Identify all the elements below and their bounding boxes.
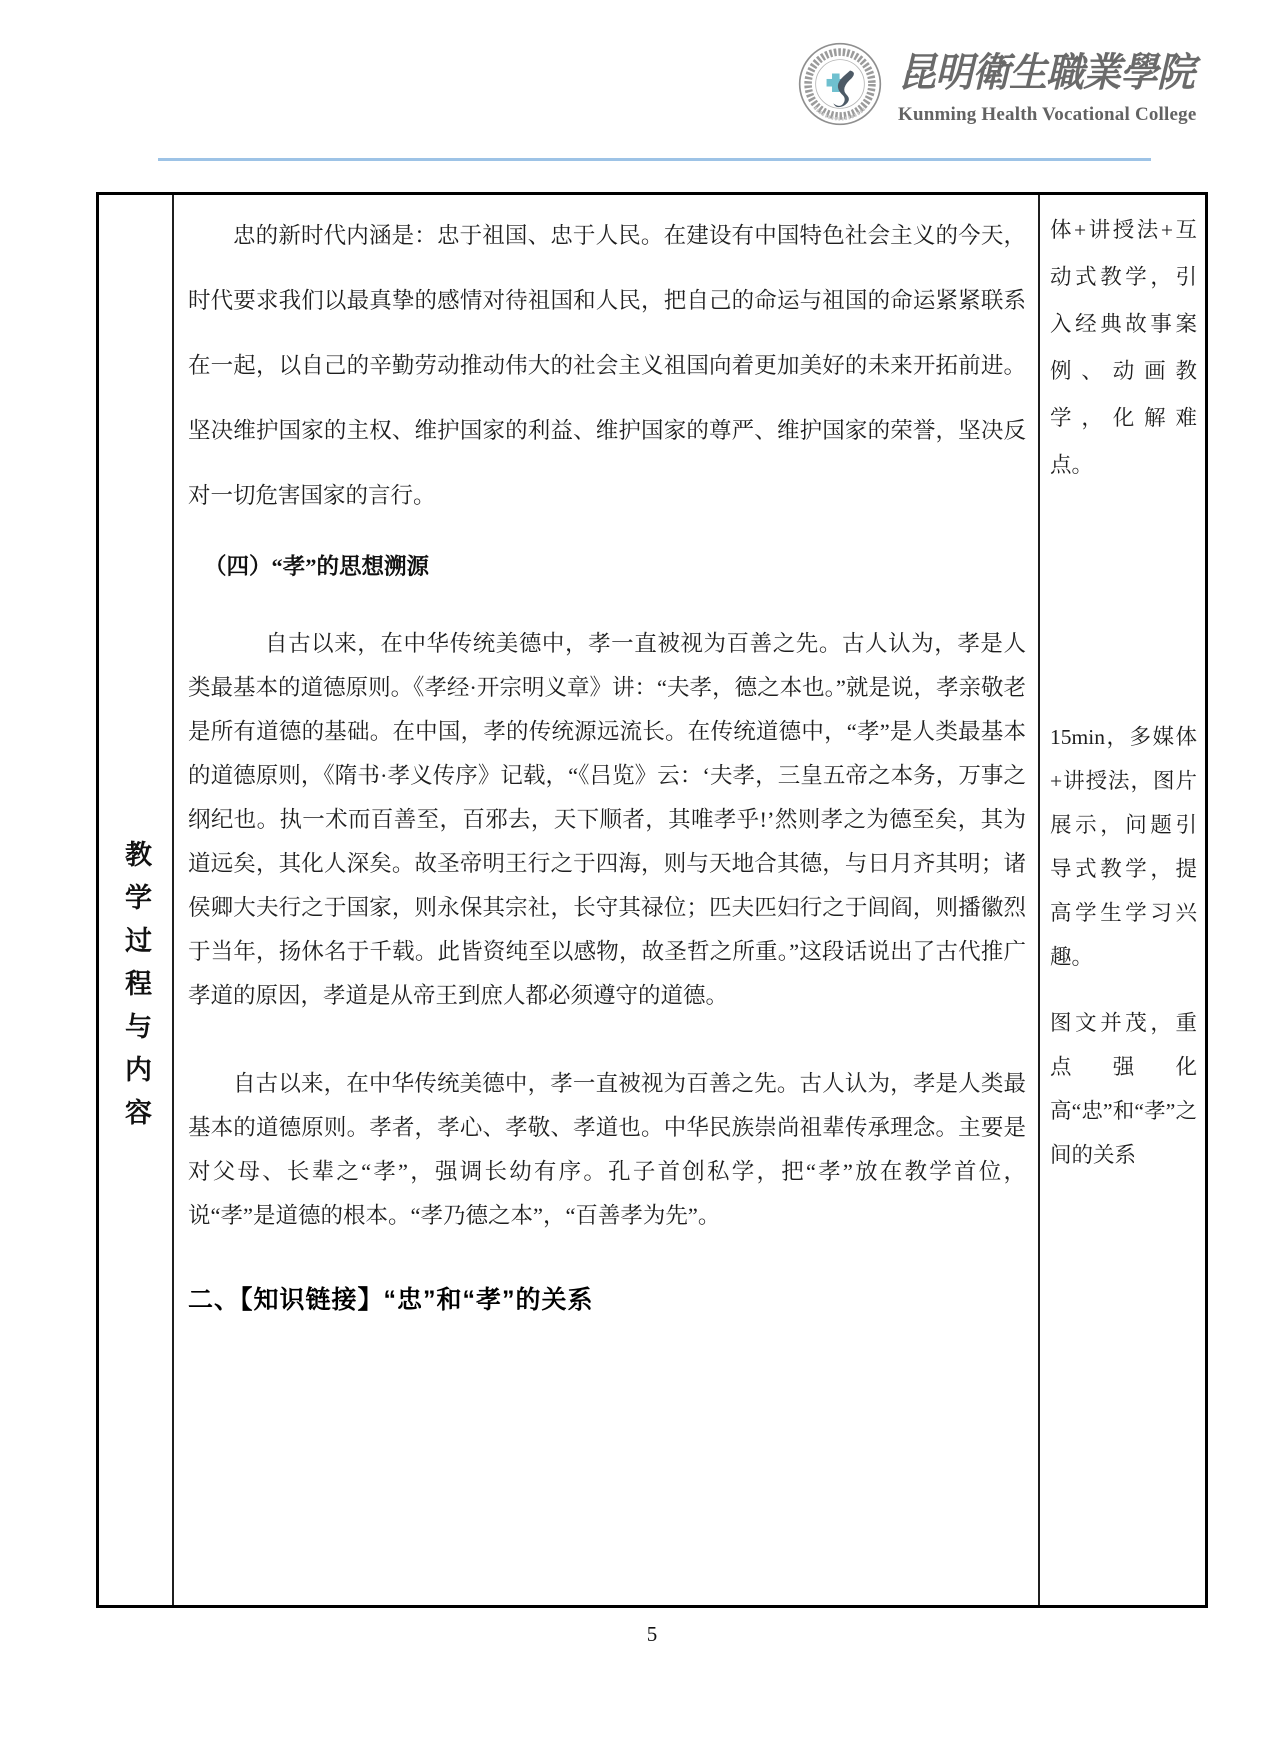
header-divider xyxy=(158,158,1151,161)
paragraph-filial-classics: 自古以来，在中华传统美德中，孝一直被视为百善之先。古人认为，孝是人类最基本的道德… xyxy=(188,622,1026,1018)
method-note-3: 图文并茂，重点强化高“忠”和“孝”之间的关系 xyxy=(1050,1001,1197,1177)
paragraph-loyalty: 忠的新时代内涵是：忠于祖国、忠于人民。在建设有中国特色社会主义的今天，时代要求我… xyxy=(188,203,1026,528)
row-header-label: 教学过程与内容 xyxy=(122,840,149,1605)
lesson-plan-table: 教学过程与内容 忠的新时代内涵是：忠于祖国、忠于人民。在建设有中国特色社会主义的… xyxy=(96,192,1208,1608)
subsection-heading-filial-origin: （四）“孝”的思想溯源 xyxy=(188,552,1026,582)
college-name-calligraphy: 昆明衛生職業學院 xyxy=(898,46,1208,101)
section-heading-knowledge-link: 二、【知识链接】“忠”和“孝”的关系 xyxy=(188,1283,1026,1317)
paragraph-filial-summary: 自古以来，在中华传统美德中，孝一直被视为百善之先。古人认为，孝是人类最基本的道德… xyxy=(188,1062,1026,1238)
college-logo-icon xyxy=(798,42,882,126)
teaching-method-cell: 体+讲授法+互动式教学，引入经典故事案例、动画教学，化解难点。 15min，多媒… xyxy=(1040,195,1205,1605)
college-name-block: 昆明衛生職業學院 Kunming Health Vocational Colle… xyxy=(898,46,1208,126)
row-header-cell: 教学过程与内容 xyxy=(99,195,174,1605)
teaching-content-cell: 忠的新时代内涵是：忠于祖国、忠于人民。在建设有中国特色社会主义的今天，时代要求我… xyxy=(174,195,1040,1605)
document-page: 昆明衛生職業學院 Kunming Health Vocational Colle… xyxy=(0,0,1271,1763)
method-note-1: 体+讲授法+互动式教学，引入经典故事案例、动画教学，化解难点。 xyxy=(1050,207,1197,489)
college-logo xyxy=(798,42,882,126)
college-name-english: Kunming Health Vocational College xyxy=(898,104,1208,126)
method-note-2: 15min，多媒体+讲授法，图片展示，问题引导式教学，提高学生学习兴趣。 xyxy=(1050,715,1197,979)
page-number: 5 xyxy=(96,1622,1208,1647)
